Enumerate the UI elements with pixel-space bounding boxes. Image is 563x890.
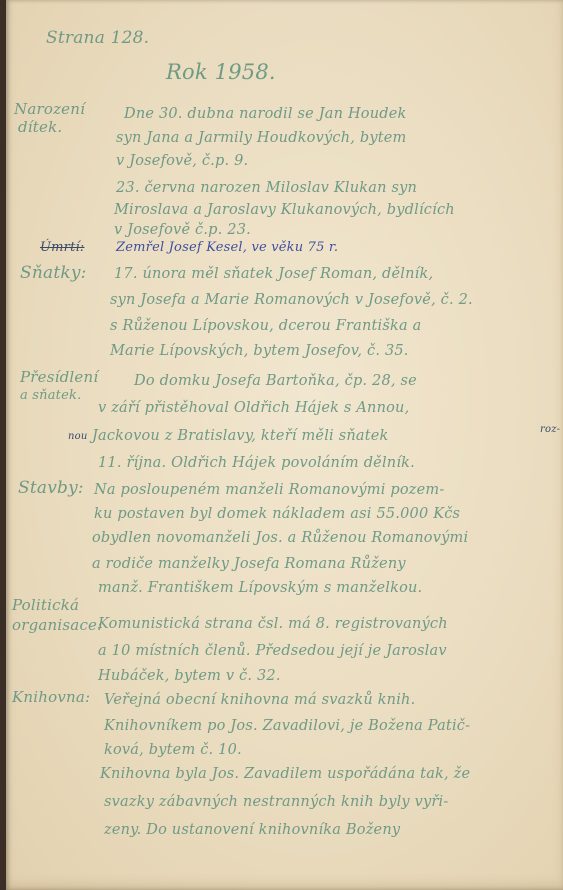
entry-line: 17. února měl sňatek Josef Roman, dělník…: [114, 266, 433, 282]
entry-line: syn Josefa a Marie Romanových v Josefově…: [110, 292, 473, 308]
section-label-births: Narození: [14, 100, 85, 118]
entry-line: Dne 30. dubna narodil se Jan Houdek: [124, 106, 407, 122]
entry-line: Knihovna byla Jos. Zavadilem uspořádána …: [100, 766, 470, 782]
section-label-deaths: Úmrtí:: [40, 240, 84, 255]
page-number: Strana 128.: [46, 28, 149, 48]
entry-line: Miroslava a Jaroslavy Klukanových, bydlí…: [114, 202, 455, 218]
entry-line: ková, bytem č. 10.: [104, 742, 242, 758]
entry-line: v září přistěhoval Oldřich Hájek s Annou…: [98, 400, 409, 416]
section-label-births-2: dítek.: [18, 118, 62, 136]
section-label-buildings: Stavby:: [18, 478, 84, 498]
section-label-political: Politická: [12, 596, 79, 614]
year-heading: Rok 1958.: [166, 60, 276, 84]
entry-line: syn Jana a Jarmily Houdkových, bytem: [116, 130, 407, 146]
entry-line: Do domku Josefa Bartoňka, čp. 28, se: [134, 373, 417, 389]
entry-line: Knihovníkem po Jos. Zavadilovi, je Božen…: [104, 718, 470, 734]
entry-line: a rodiče manželky Josefa Romana Růženy: [92, 556, 406, 572]
entry-line: Komunistická strana čsl. má 8. registrov…: [98, 616, 448, 632]
entry-line: Veřejná obecní knihovna má svazků knih.: [104, 692, 415, 708]
entry-line: Marie Lípovských, bytem Josefov, č. 35.: [110, 343, 409, 359]
entry-line: obydlen novomanželi Jos. a Růženou Roman…: [92, 530, 468, 546]
entry-line: manž. Františkem Lípovským s manželkou.: [98, 580, 422, 596]
entry-line: zeny. Do ustanovení knihovníka Boženy: [104, 822, 400, 838]
entry-line: s Růženou Lípovskou, dcerou Františka a: [110, 318, 422, 334]
entry-line: Jackovou z Bratislavy, kteří měli sňatek: [92, 428, 389, 444]
entry-line: a 10 místních členů. Předsedou její je J…: [98, 643, 447, 659]
entry-line: v Josefově, č.p. 9.: [116, 153, 248, 169]
chronicle-page: Strana 128. Rok 1958. Narození dítek. Dn…: [6, 0, 563, 890]
entry-line: v Josefově č.p. 23.: [114, 222, 251, 238]
entry-line: ku postaven byl domek nákladem asi 55.00…: [94, 506, 460, 522]
section-label-library: Knihovna:: [12, 688, 90, 706]
section-label-marriages: Sňatky:: [20, 263, 87, 283]
margin-note: roz-: [540, 424, 560, 435]
entry-line: 11. října. Oldřich Hájek povoláním dělní…: [98, 455, 415, 471]
margin-note: nou: [68, 431, 88, 442]
section-label-relocation-2: a sňatek.: [20, 388, 81, 403]
entry-line: Hubáček, bytem v č. 32.: [98, 668, 281, 684]
entry-line: svazky zábavných nestranných knih byly v…: [104, 794, 448, 810]
entry-line-deaths: Zemřel Josef Kesel, ve věku 75 r.: [116, 240, 338, 255]
entry-line: Na posloupeném manželi Romanovými pozem-: [94, 482, 444, 498]
entry-line: 23. června narozen Miloslav Klukan syn: [116, 180, 417, 196]
section-label-relocation: Přesídlení: [20, 368, 98, 386]
section-label-political-2: organisace:: [12, 616, 102, 634]
